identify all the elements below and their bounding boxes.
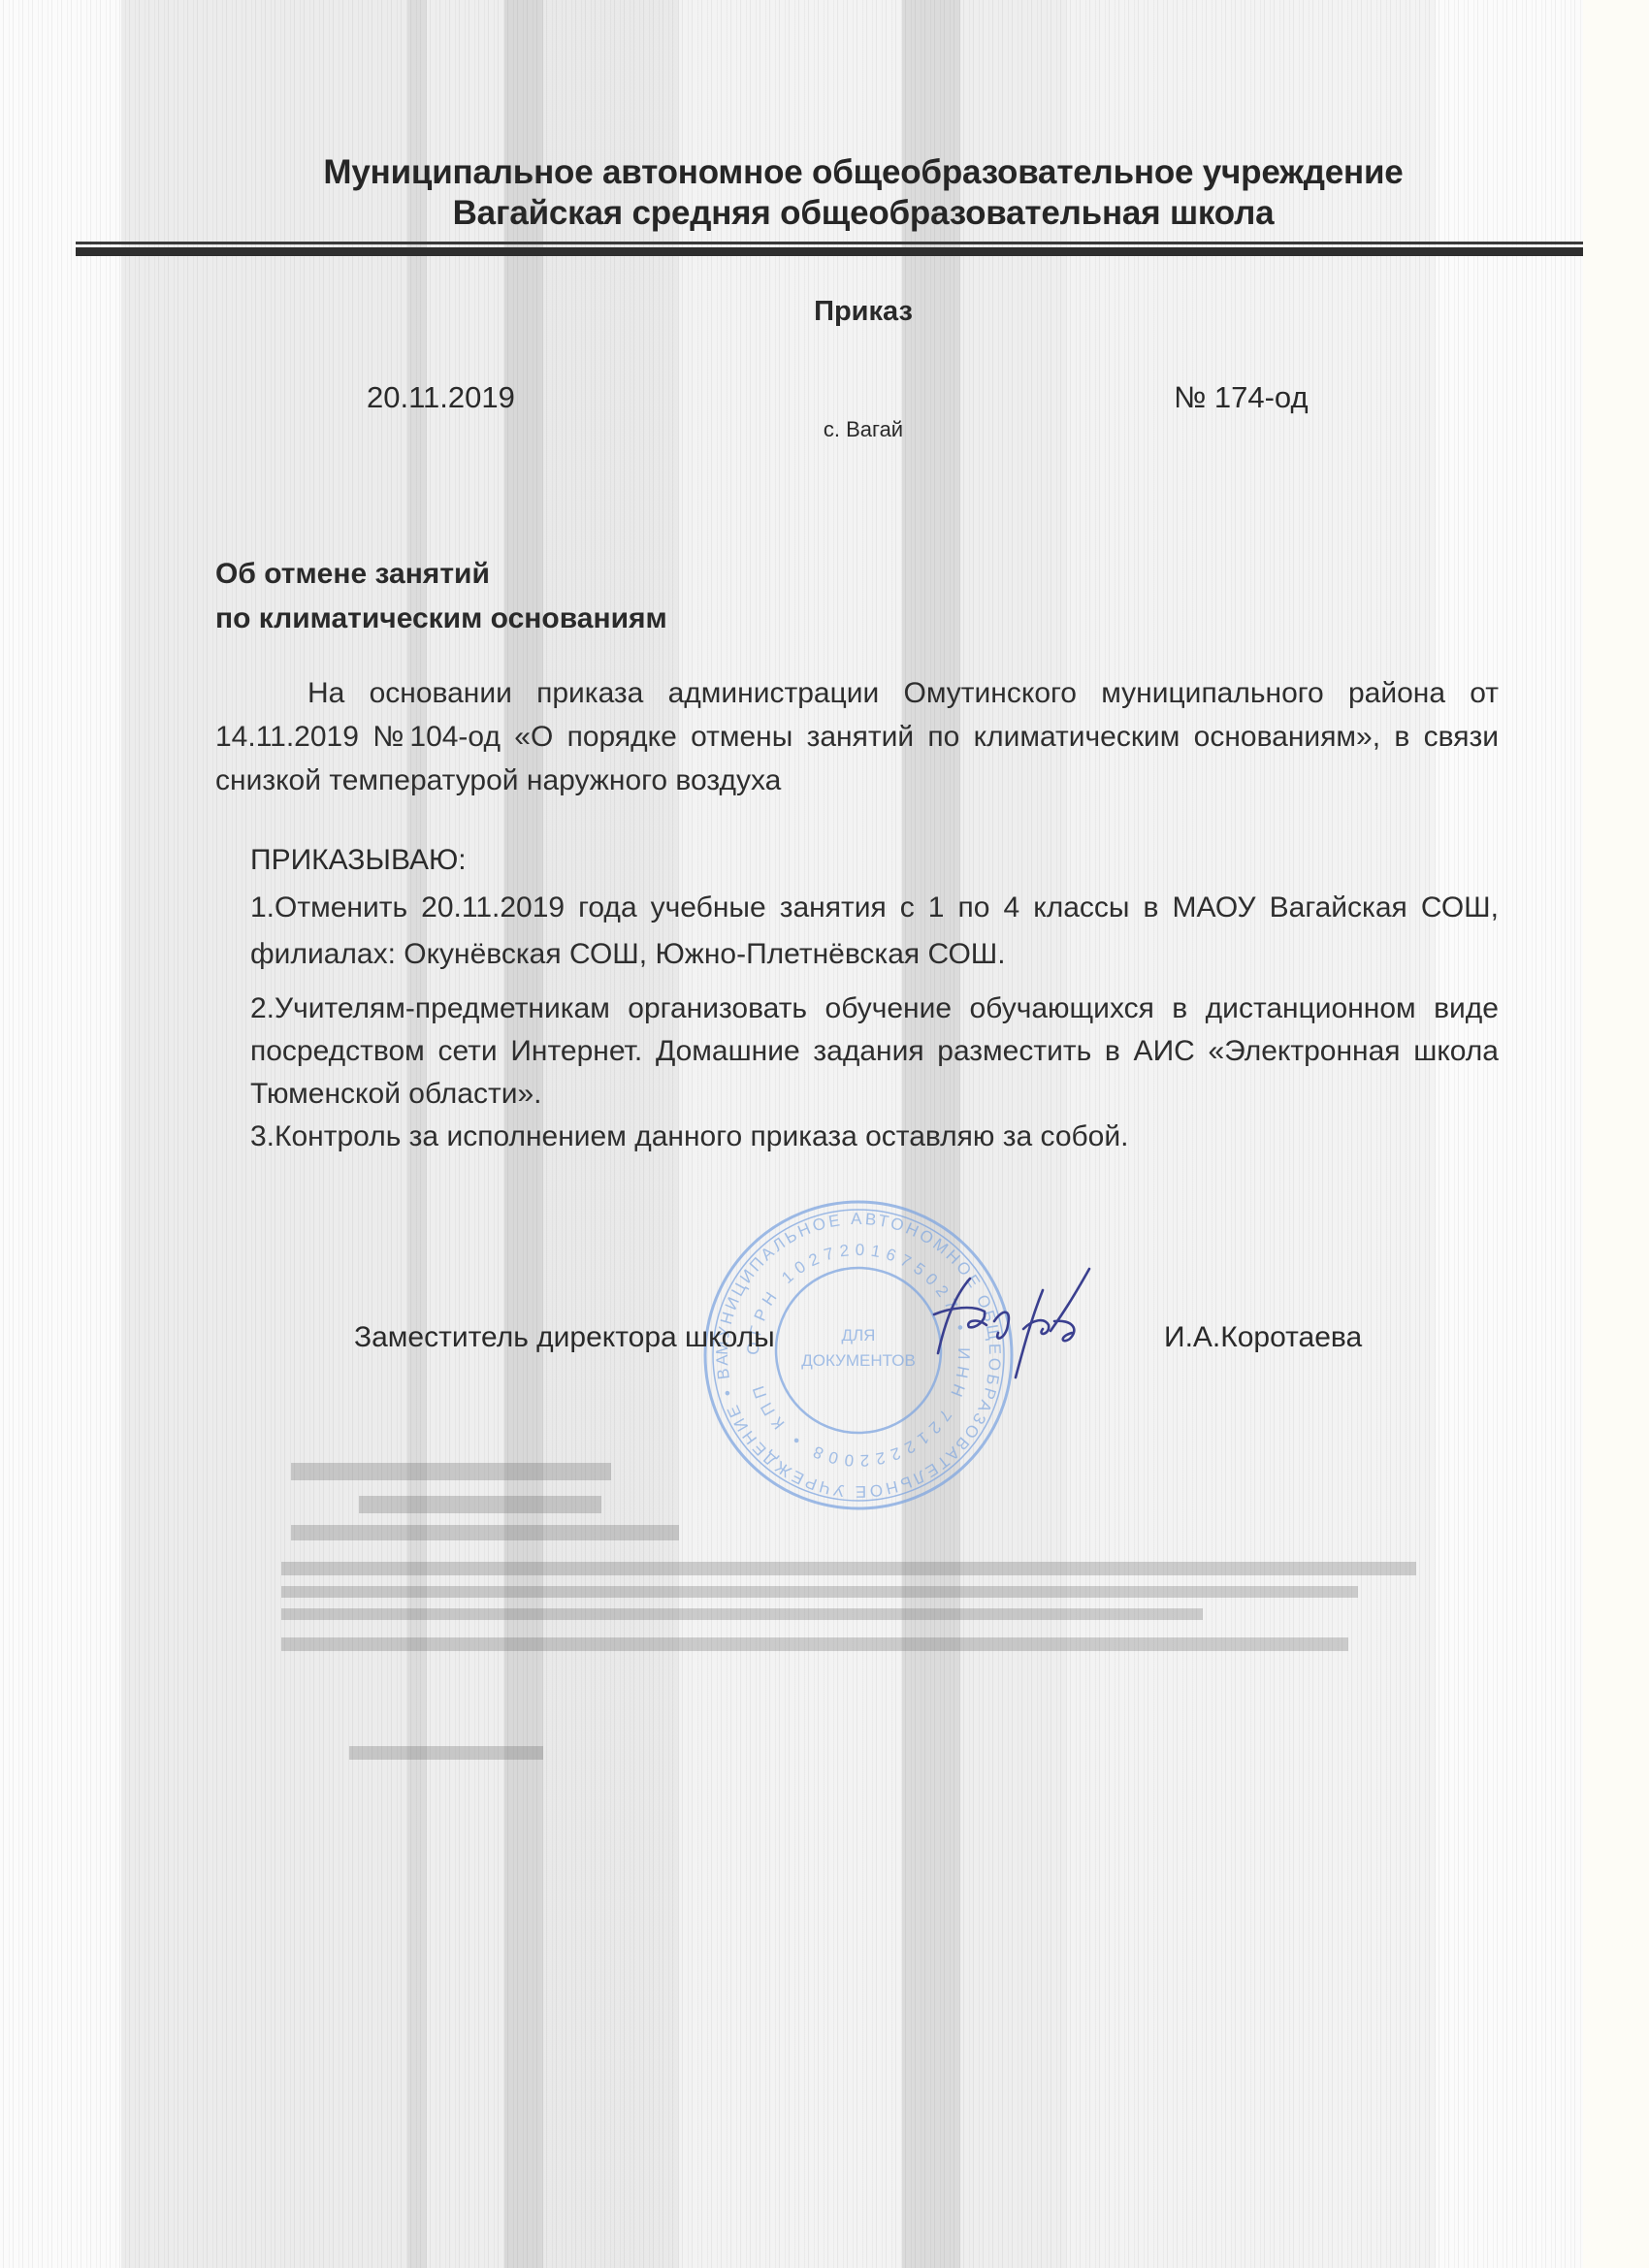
signatory-position: Заместитель директора школы	[354, 1321, 775, 1354]
subject-line1: Об отмене занятий	[215, 558, 490, 591]
subject-line2: по климатическим основаниям	[215, 602, 667, 635]
document-type-title: Приказ	[0, 296, 1649, 328]
organization-name-line2: Вагайская средняя общеобразовательная шк…	[0, 194, 1649, 233]
signatory-name: И.А.Коротаева	[1164, 1321, 1362, 1354]
order-item-3: 3.Контроль за исполнением данного приказ…	[250, 1116, 1499, 1158]
preamble-paragraph: На основании приказа администрации Омути…	[215, 671, 1499, 802]
scan-show-through	[0, 1455, 1583, 2268]
scanned-page: Муниципальное автономное общеобразовател…	[0, 0, 1583, 2268]
organization-name-line1: Муниципальное автономное общеобразовател…	[0, 153, 1649, 192]
order-item-1: 1.Отменить 20.11.2019 года учебные занят…	[250, 885, 1499, 978]
svg-text:ДЛЯ: ДЛЯ	[842, 1326, 876, 1345]
header-rule-thick	[76, 247, 1583, 256]
svg-text:ДОКУМЕНТОВ: ДОКУМЕНТОВ	[801, 1351, 916, 1370]
document-number: № 174-од	[1174, 380, 1309, 415]
document-date: 20.11.2019	[367, 380, 515, 415]
handwritten-signature-icon	[926, 1261, 1101, 1387]
order-list: 1.Отменить 20.11.2019 года учебные занят…	[250, 885, 1499, 1158]
order-word: ПРИКАЗЫВАЮ:	[250, 844, 467, 877]
header-rule-thin	[76, 242, 1583, 244]
order-item-2: 2.Учителям-предметникам организовать обу…	[250, 988, 1499, 1116]
document-place: с. Вагай	[0, 417, 1649, 442]
